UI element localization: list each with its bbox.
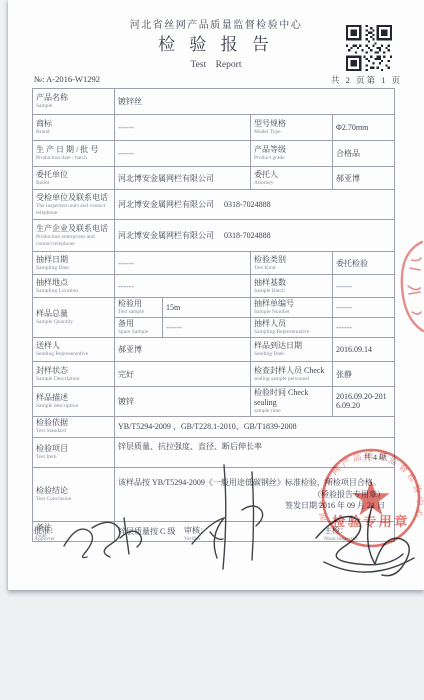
label-cn: 委托人 <box>254 170 329 180</box>
label-cn: 产品名称 <box>36 93 111 103</box>
test-time-label: 检验时间 Check sealing sample time <box>251 387 333 417</box>
label-cn: 商标 <box>36 119 111 129</box>
production-date-value: ------ <box>115 141 251 167</box>
production-enterprise-label: 生产企业及联系电话 Production enterprises and con… <box>33 220 115 252</box>
production-enterprise-value: 河北博安金属网栏有限公司 0318-7024888 <box>115 220 395 252</box>
label-cn: 备用 <box>118 319 159 329</box>
label-en: sealing sample personnel <box>254 376 329 383</box>
test-sample-value: 15m <box>163 298 251 318</box>
arrival-date-label: 样品到达日期 Sending Date <box>251 338 333 362</box>
label-en: Sampling Location <box>36 288 111 295</box>
report-number: №: A-2016-W1292 <box>34 74 100 84</box>
label-en: Approver <box>34 536 58 543</box>
inspection-seal-stamp: 河北省丝网产品质量监督检验中心 检验专用章 <box>313 442 424 554</box>
sending-rep-value: 郝亚博 <box>115 338 251 362</box>
label-cn: 封样状态 <box>36 366 111 376</box>
seal-caption: 检验专用章 <box>332 514 410 529</box>
row-product-name: 产品名称 Sample 镀锌丝 <box>33 89 395 115</box>
scanned-test-report: { "header": { "org": "河北省丝网产品质量监督检验中心", … <box>0 0 424 700</box>
label-en: Test Kind <box>254 265 329 272</box>
label-cn: 检验依据 <box>36 418 111 428</box>
label-en: Production date / batch <box>36 155 111 162</box>
seal-state-label: 封样状态 Sample Description <box>33 362 115 387</box>
row-sample-desc: 样品描述 Sample description 镀锌 检验时间 Check se… <box>33 387 395 417</box>
label-cn: 审核： <box>184 526 208 536</box>
label-en: Test Standard <box>36 428 111 435</box>
sample-batch-label: 抽样基数 Sample Batch <box>251 275 333 298</box>
label-cn: 样品到达日期 <box>254 341 329 351</box>
product-name-label: 产品名称 Sample <box>33 89 115 115</box>
test-sample-label: 检验用 Test sample <box>115 298 163 318</box>
label-cn: 生产企业及联系电话 <box>36 224 111 234</box>
label-en: Sample Description <box>36 376 111 383</box>
approver-label: 批准： Approver <box>34 526 58 543</box>
label-cn: 抽样人员 <box>254 319 329 329</box>
product-grade-value: 合格品 <box>333 141 395 167</box>
seal-state-value: 完好 <box>115 362 251 387</box>
label-cn: 送样人 <box>36 341 111 351</box>
spare-sample-value: ------ <box>163 318 251 338</box>
sample-number-label: 抽样单编号 Sample Number <box>251 298 333 318</box>
row-inspected-unit: 受检单位及联系电话 The inspected units and contac… <box>33 190 395 220</box>
label-en: Sending Representative <box>36 351 111 358</box>
sampling-location-value: ------ <box>115 275 251 298</box>
inspected-unit-value: 河北博安金属网栏有限公司 0318-7024888 <box>115 190 395 220</box>
label-en: Sample description <box>36 403 111 410</box>
label-en: Product grade <box>254 155 329 162</box>
label-cn: 检验时间 Check sealing <box>254 388 329 408</box>
sample-quantity-label: 样品总量 Sample Quantity <box>33 298 115 338</box>
label-cn: 抽样单编号 <box>254 299 329 309</box>
label-cn: 样品描述 <box>36 393 111 403</box>
row-sample-quantity-1: 样品总量 Sample Quantity 检验用 Test sample 15m… <box>33 298 395 318</box>
test-kind-label: 检验类别 Test Kind <box>251 252 333 275</box>
test-kind-value: 委托检验 <box>333 252 395 275</box>
label-en: Attorney <box>254 180 329 187</box>
test-item-label: 检验项目 Test Item <box>33 437 115 467</box>
bailor-value: 河北博安金属网栏有限公司 <box>115 167 251 190</box>
attorney-label: 委托人 Attorney <box>251 167 333 190</box>
report-page: 河北省丝网产品质量监督检验中心 检 验 报 告 Test Report <box>8 0 424 590</box>
label-cn: 批准： <box>34 526 58 536</box>
label-cn: 检验类别 <box>254 255 329 265</box>
label-en: Sampling Date <box>36 265 111 272</box>
label-cn: 检验用 <box>118 299 159 309</box>
sampling-location-label: 抽样地点 Sampling Location <box>33 275 115 298</box>
label-en: Test Conclusion <box>36 496 111 503</box>
label-cn: 生 产 日 期 / 批 号 <box>36 145 111 155</box>
product-grade-label: 产品等级 Product grade <box>251 141 333 167</box>
model-type-value: Φ2.70mm <box>333 115 395 141</box>
sampling-rep-value: ------ <box>333 318 395 338</box>
row-production-enterprise: 生产企业及联系电话 Production enterprises and con… <box>33 220 395 252</box>
label-en: Sending Date <box>254 351 329 358</box>
sample-desc-label: 样品描述 Sample description <box>33 387 115 417</box>
label-en: Model Type <box>254 129 329 136</box>
row-test-standard: 检验依据 Test Standard YB/T5294-2009 、GB/T22… <box>33 416 395 437</box>
inspected-unit-label: 受检单位及联系电话 The inspected units and contac… <box>33 190 115 220</box>
brand-label: 商标 Brand <box>33 115 115 141</box>
row-sending-rep: 送样人 Sending Representative 郝亚博 样品到达日期 Se… <box>33 338 395 362</box>
label-en: Test sample <box>118 309 159 316</box>
label-en: Sample Quantity <box>36 319 111 326</box>
label-en: Sample Batch <box>254 288 329 295</box>
label-en: Sample Number <box>254 309 329 316</box>
seal-checker-value: 张静 <box>333 362 395 387</box>
label-en: Sampling Representative <box>254 329 329 336</box>
page-count: 共 2 页第 1 页 <box>331 74 402 86</box>
label-en: Bailor <box>36 180 111 187</box>
label-cn: 抽样基数 <box>254 278 329 288</box>
sample-batch-value: ------ <box>333 275 395 298</box>
label-cn: 受检单位及联系电话 <box>36 193 111 203</box>
label-en: The inspected units and contact telephon… <box>36 203 111 216</box>
label-cn: 委托单位 <box>36 170 111 180</box>
row-brand-model: 商标 Brand ------ 型号规格 Model Type Φ2.70mm <box>33 115 395 141</box>
sample-desc-value: 镀锌 <box>115 387 251 417</box>
label-cn: 产品等级 <box>254 145 329 155</box>
brand-value: ------ <box>115 115 251 141</box>
sampling-rep-label: 抽样人员 Sampling Representative <box>251 318 333 338</box>
test-standard-value: YB/T5294-2009 、GB/T228.1-2010、GB/T1839-2… <box>115 416 395 437</box>
verifier-label: 审核： Verifier <box>184 526 208 543</box>
label-en: Sample <box>36 103 111 110</box>
label-en: Spare Sample <box>118 329 159 336</box>
label-en: Test Item <box>36 454 111 461</box>
sampling-date-value: ------ <box>115 252 251 275</box>
label-en: sample time <box>254 408 329 415</box>
seal-checker-label: 检查封样人员 Check sealing sample personnel <box>251 362 333 387</box>
row-sampling-date: 抽样日期 Sampling Date ------ 检验类别 Test Kind… <box>33 252 395 275</box>
label-cn: 样品总量 <box>36 309 111 319</box>
bailor-label: 委托单位 Bailor <box>33 167 115 190</box>
attorney-value: 郝亚博 <box>333 167 395 190</box>
row-sampling-location: 抽样地点 Sampling Location ------ 抽样基数 Sampl… <box>33 275 395 298</box>
label-en: Verifier <box>184 536 208 543</box>
label-cn: 抽样日期 <box>36 255 111 265</box>
sampling-date-label: 抽样日期 Sampling Date <box>33 252 115 275</box>
label-en: Production enterprises and contact telep… <box>36 234 111 247</box>
qr-code-icon <box>346 25 392 71</box>
production-date-label: 生 产 日 期 / 批 号 Production date / batch <box>33 141 115 167</box>
label-cn: 型号规格 <box>254 119 329 129</box>
label-cn: 检验项目 <box>36 444 111 454</box>
edge-stamp <box>396 238 424 336</box>
sending-rep-label: 送样人 Sending Representative <box>33 338 115 362</box>
seal-star-icon <box>352 480 389 515</box>
sample-number-value: ------ <box>333 298 395 318</box>
row-bailor-attorney: 委托单位 Bailor 河北博安金属网栏有限公司 委托人 Attorney 郝亚… <box>33 167 395 190</box>
test-time-value: 2016.09.20-2016.09.20 <box>333 387 395 417</box>
label-cn: 检查封样人员 Check <box>254 366 329 376</box>
test-standard-label: 检验依据 Test Standard <box>33 416 115 437</box>
conclusion-label: 检验结论 Test Conclusion <box>33 467 115 521</box>
model-type-label: 型号规格 Model Type <box>251 115 333 141</box>
row-proddate-grade: 生 产 日 期 / 批 号 Production date / batch --… <box>33 141 395 167</box>
arrival-date-value: 2016.09.14 <box>333 338 395 362</box>
product-name-value: 镀锌丝 <box>115 89 395 115</box>
row-seal-state: 封样状态 Sample Description 完好 检查封样人员 Check … <box>33 362 395 387</box>
label-cn: 检验结论 <box>36 486 111 496</box>
spare-sample-label: 备用 Spare Sample <box>115 318 163 338</box>
label-en: Brand <box>36 129 111 136</box>
label-cn: 抽样地点 <box>36 278 111 288</box>
